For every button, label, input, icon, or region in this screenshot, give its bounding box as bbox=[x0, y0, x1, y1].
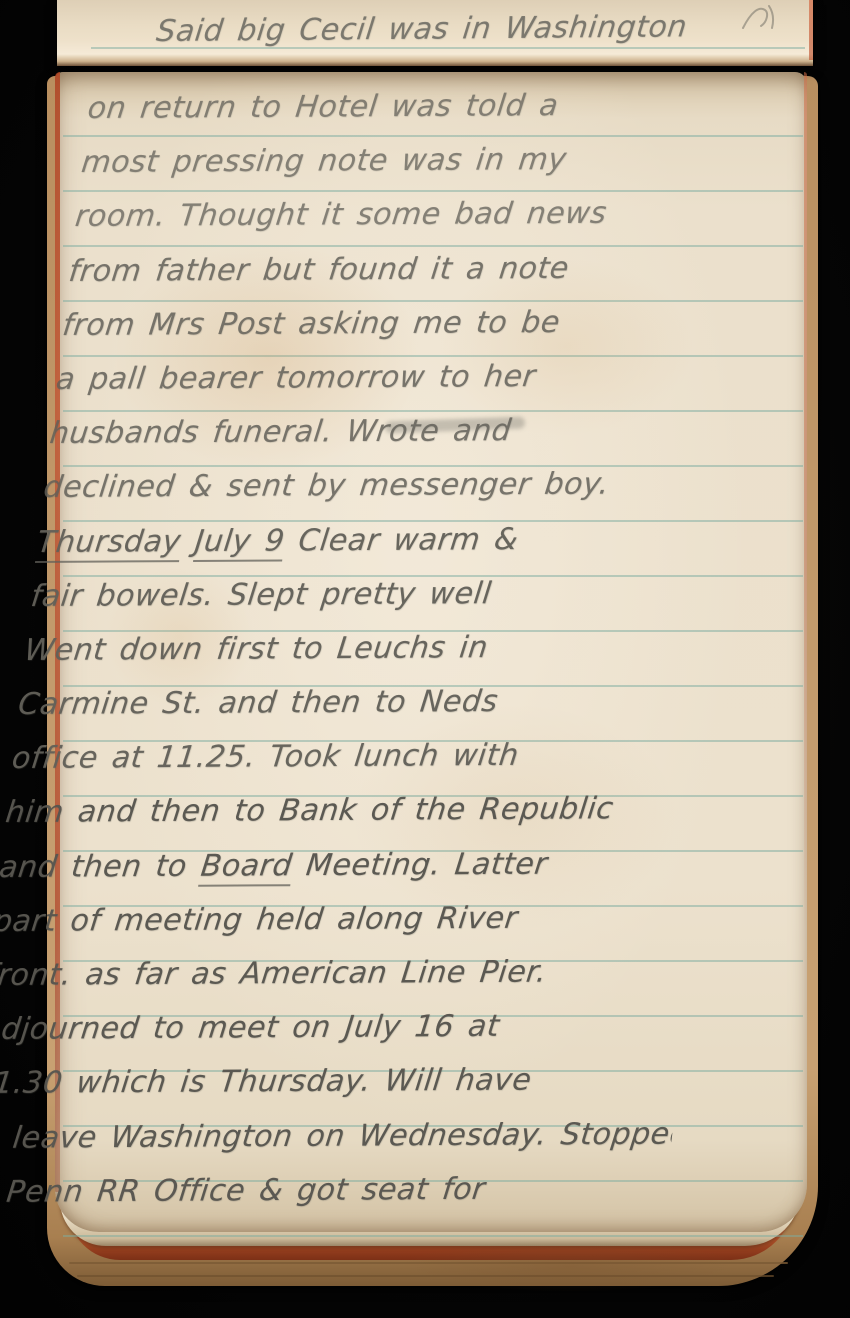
diary-page: on return to Hotel was told amost pressi… bbox=[55, 72, 807, 1232]
handwritten-line: to leave Washington on Wednesday. Stoppe… bbox=[0, 1107, 675, 1165]
handwriting-segment: Board bbox=[199, 848, 295, 887]
handwritten-line: from father but found it a note bbox=[66, 240, 777, 298]
handwriting-segment: from father but found it a note bbox=[67, 251, 571, 289]
handwritten-line-previous-page: Said big Cecil was in Washington bbox=[153, 0, 811, 62]
handwriting-segment: to leave Washington on Wednesday. Stoppe… bbox=[0, 1116, 675, 1155]
handwritten-line: 11.30 which is Thursday. Will have bbox=[0, 1053, 682, 1111]
handwriting-segment: Carmine St. and then to Neds bbox=[16, 684, 500, 722]
handwriting-segment: Adjourned to meet on July 16 at bbox=[0, 1009, 501, 1047]
handwritten-line: fair bowels. Slept pretty well bbox=[28, 565, 739, 623]
handwriting-segment: Said big Cecil was in Washington bbox=[154, 9, 688, 49]
handwritten-line: office at 11.25. Took lunch with bbox=[9, 728, 720, 786]
stack-edge-line bbox=[77, 1275, 774, 1277]
handwritten-line: a pall bearer tomorrow to her bbox=[53, 349, 764, 407]
handwriting-segment: 11.30 which is Thursday. Will have bbox=[0, 1063, 533, 1101]
handwriting-segment: room. Thought it some bad news bbox=[73, 196, 608, 234]
stack-edge-line bbox=[69, 1262, 788, 1264]
handwritten-line: room. Thought it some bad news bbox=[72, 186, 783, 244]
handwriting-segment: husbands funeral. Wrote and bbox=[48, 413, 513, 451]
handwritten-line: Thursday July 9 Clear warm & bbox=[34, 511, 745, 569]
handwritten-line: most pressing note was in my bbox=[78, 132, 789, 190]
previous-leaf-strip: Said big Cecil was in Washington bbox=[57, 0, 813, 66]
handwriting-segment: office at 11.25. Took lunch with bbox=[10, 738, 521, 776]
handwritten-line: from Mrs Post asking me to be bbox=[59, 294, 770, 352]
handwritten-line: at Penn RR Office & got seat for bbox=[0, 1161, 669, 1219]
handwritten-line: part of meeting held along River bbox=[0, 890, 701, 948]
handwriting-segment: from Mrs Post asking me to be bbox=[61, 305, 562, 343]
handwritten-line: declined & sent by messenger boy. bbox=[40, 457, 751, 515]
handwriting-segment: fair bowels. Slept pretty well bbox=[29, 576, 493, 614]
handwritten-line: front. as far as American Line Pier. bbox=[0, 945, 694, 1003]
handwriting-segment: Went down first to Leuchs in bbox=[23, 630, 490, 668]
handwriting-segment: Clear warm & bbox=[283, 522, 521, 558]
handwriting-segment: on return to Hotel was told a bbox=[86, 88, 560, 126]
red-edge-right bbox=[809, 0, 813, 60]
handwriting-segment: and then to bbox=[0, 848, 203, 884]
handwriting-segment: Thursday bbox=[35, 524, 183, 563]
handwritten-line: on return to Hotel was told a bbox=[85, 78, 796, 136]
handwriting-segment: him and then to Bank of the Republic bbox=[4, 792, 616, 831]
handwritten-line: Carmine St. and then to Neds bbox=[15, 674, 726, 732]
handwritten-line: and then to Board Meeting. Latter bbox=[0, 836, 707, 894]
handwriting-segment: July 9 bbox=[193, 523, 287, 562]
entry-lines: on return to Hotel was told amost pressi… bbox=[0, 78, 796, 1220]
handwritten-line: Adjourned to meet on July 16 at bbox=[0, 999, 688, 1057]
handwritten-line: him and then to Bank of the Republic bbox=[2, 782, 713, 840]
handwriting-segment: at Penn RR Office & got seat for bbox=[0, 1172, 487, 1210]
red-edge-right bbox=[804, 72, 807, 932]
handwriting-segment: declined & sent by messenger boy. bbox=[42, 467, 612, 505]
handwritten-line: husbands funeral. Wrote and bbox=[47, 403, 758, 461]
handwriting-segment: front. as far as American Line Pier. bbox=[0, 955, 549, 993]
pencil-flourish-mark bbox=[739, 2, 779, 32]
handwritten-line: Went down first to Leuchs in bbox=[21, 620, 732, 678]
handwriting-segment: Meeting. Latter bbox=[290, 846, 549, 883]
notebook-photo: Said big Cecil was in Washington on retu… bbox=[0, 0, 850, 1318]
handwriting-segment: most pressing note was in my bbox=[80, 142, 569, 180]
handwriting-segment: a pall bearer tomorrow to her bbox=[54, 359, 537, 397]
handwriting-segment: part of meeting held along River bbox=[0, 901, 520, 939]
